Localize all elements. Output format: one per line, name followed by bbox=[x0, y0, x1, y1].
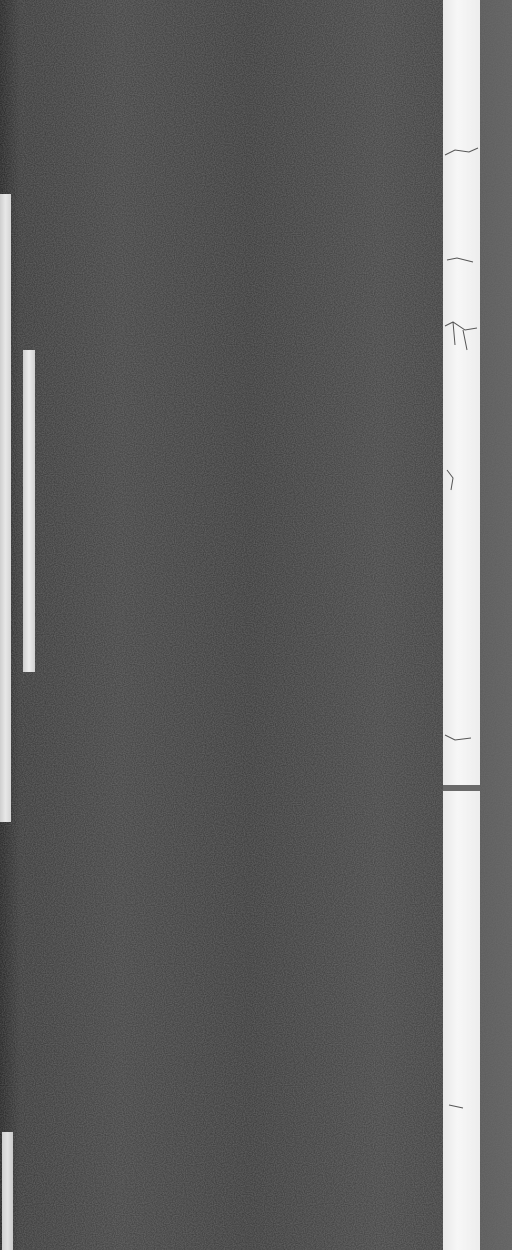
asphalt-texture bbox=[0, 0, 512, 1250]
road-aerial-image bbox=[0, 0, 512, 1250]
left-edge-line bbox=[0, 194, 11, 822]
pavement-cracks bbox=[443, 0, 480, 1250]
left-edge-line bbox=[2, 1132, 13, 1250]
dashed-lane-line bbox=[23, 350, 35, 672]
road-shoulder bbox=[480, 0, 512, 1250]
